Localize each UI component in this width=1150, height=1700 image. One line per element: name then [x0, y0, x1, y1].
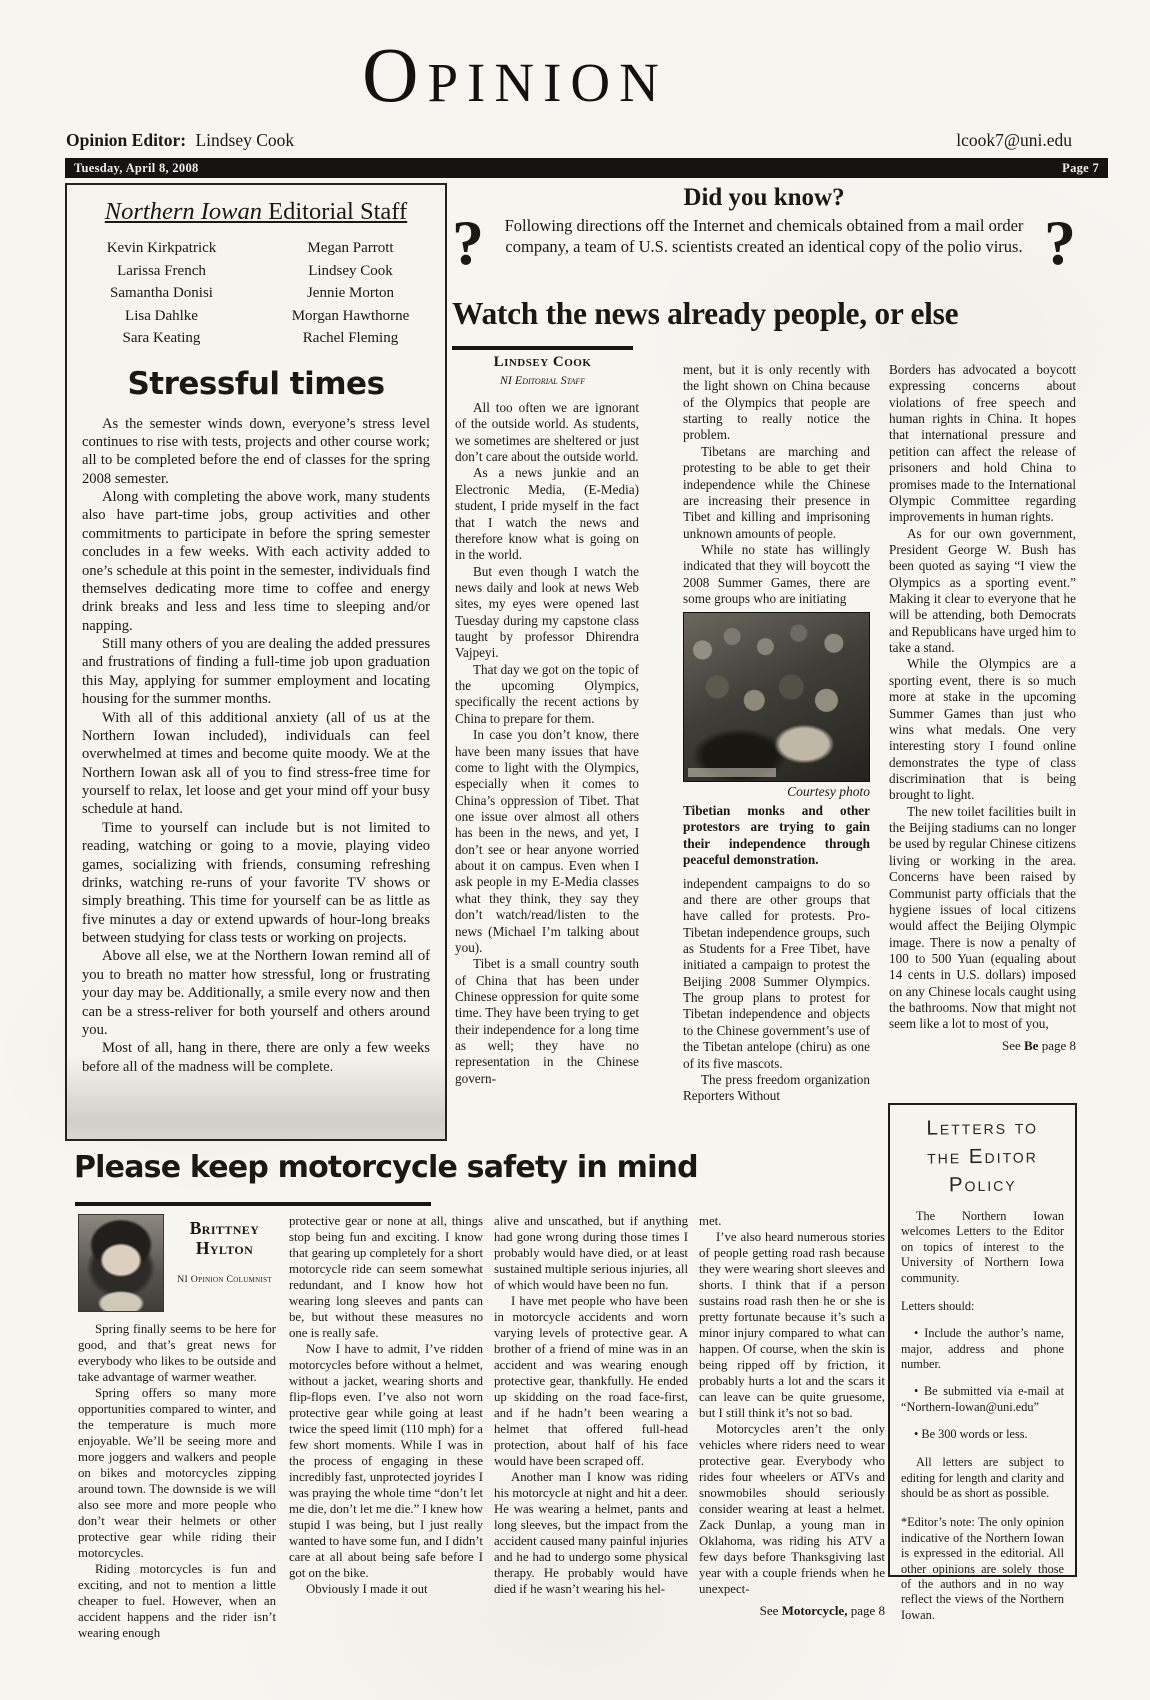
page-number: Page 7 — [1062, 161, 1099, 176]
staff-name: Kevin Kirkpatrick — [67, 237, 256, 260]
author-role: NI Opinion Columnist — [173, 1274, 276, 1285]
paragraph: Still many others of you are dealing the… — [82, 635, 430, 709]
paragraph: The Northern Iowan welcomes Letters to t… — [901, 1209, 1064, 1286]
opinion-editor-line: Opinion Editor: Lindsey Cook — [66, 130, 294, 151]
motorcycle-column-3: alive and unscathed, but if anything had… — [494, 1214, 688, 1598]
paragraph: Motorcycles aren’t the only vehicles whe… — [699, 1422, 885, 1598]
paragraph: I’ve also heard numerous stories of peop… — [699, 1230, 885, 1422]
author-first-name: Brittney — [173, 1219, 276, 1239]
editorial-staff-title: Northern Iowan Editorial Staff — [67, 198, 445, 226]
paragraph: With all of this additional anxiety (all… — [82, 709, 430, 819]
letters-title-line: Policy — [901, 1171, 1064, 1201]
paragraph: Obviously I made it out — [289, 1582, 483, 1598]
author-photo — [78, 1214, 164, 1312]
letters-bullet: • Be submitted via e-mail at “Northern-I… — [901, 1384, 1064, 1415]
paragraph: Borders has advocated a boycott expressi… — [889, 362, 1076, 526]
paragraph: All too often we are ignorant of the out… — [455, 400, 639, 465]
did-you-know-box: Did you know? ? Following directions off… — [452, 184, 1076, 274]
opinion-editor-name: Lindsey Cook — [195, 130, 294, 150]
jump-page: page 8 — [847, 1603, 885, 1618]
section-title: Opinion — [0, 36, 1030, 114]
photo-credit: Courtesy photo — [683, 784, 870, 801]
jump-see: See — [760, 1603, 782, 1618]
letters-policy-title: Letters to the Editor Policy — [901, 1113, 1065, 1201]
paragraph: The new toilet facilities built in the B… — [889, 804, 1076, 1033]
staff-name: Larissa French — [67, 260, 256, 283]
paragraph: While the Olympics are a sporting event,… — [889, 656, 1076, 803]
letters-policy-box: Letters to the Editor Policy The Norther… — [888, 1103, 1077, 1577]
newspaper-opinion-page: Opinion Opinion Editor: Lindsey Cook lco… — [0, 0, 1150, 1700]
did-you-know-text: Following directions off the Internet an… — [496, 213, 1032, 258]
jump-page: page 8 — [1038, 1038, 1076, 1053]
staff-name: Lindsey Cook — [256, 260, 445, 283]
paragraph: As for our own government, President Geo… — [889, 526, 1076, 657]
staff-name: Lisa Dahlke — [67, 305, 256, 328]
jump-target: Be — [1024, 1038, 1038, 1053]
paragraph: Above all else, we at the Northern Iowan… — [82, 947, 430, 1039]
author-last-name: Hylton — [173, 1239, 276, 1259]
continuation-jump-line: See Motorcycle, page 8 — [699, 1603, 885, 1619]
paragraph: Along with completing the above work, ma… — [82, 488, 430, 635]
paragraph: That day we got on the topic of the upco… — [455, 662, 639, 727]
paragraph: But even though I watch the news daily a… — [455, 564, 639, 662]
date-bar: Tuesday, April 8, 2008 Page 7 — [65, 158, 1108, 178]
author-name: Brittney Hylton — [173, 1219, 276, 1258]
paragraph: protective gear or none at all, things s… — [289, 1214, 483, 1342]
letters-policy-body: The Northern Iowan welcomes Letters to t… — [901, 1209, 1064, 1623]
news-byline-name: Lindsey Cook — [452, 354, 633, 371]
paragraph: Tibet is a small country south of China … — [455, 956, 639, 1087]
continuation-jump-line: See Be page 8 — [889, 1038, 1076, 1054]
motorcycle-column-2: protective gear or none at all, things s… — [289, 1214, 483, 1598]
editors-note: *Editor’s note: The only opinion indicat… — [901, 1515, 1064, 1623]
opinion-editor-label: Opinion Editor: — [66, 130, 186, 150]
masthead-editor-row: Opinion Editor: Lindsey Cook lcook7@uni.… — [66, 130, 1072, 151]
paragraph: As a news junkie and an Electronic Media… — [455, 465, 639, 563]
letters-title-line: Letters to — [901, 1113, 1064, 1143]
paragraph: Time to yourself can include but is not … — [82, 819, 430, 948]
jump-see: See — [1002, 1038, 1024, 1053]
motorcycle-headline-rule — [75, 1202, 431, 1206]
paragraph: ment, but it is only recently with the l… — [683, 362, 870, 444]
paragraph: In case you don’t know, there have been … — [455, 727, 639, 956]
staff-name: Sara Keating — [67, 327, 256, 350]
paragraph: As the semester winds down, everyone’s s… — [82, 415, 430, 489]
motorcycle-column-4: met. I’ve also heard numerous stories of… — [699, 1214, 885, 1619]
motorcycle-article-headline: Please keep motorcycle safety in mind — [74, 1150, 698, 1185]
staff-name: Morgan Hawthorne — [256, 305, 445, 328]
letters-bullet: • Be 300 words or less. — [901, 1427, 1064, 1442]
question-mark-icon: ? — [452, 213, 496, 274]
paragraph: Another man I know was riding his motorc… — [494, 1470, 688, 1598]
staff-names-right: Megan Parrott Lindsey Cook Jennie Morton… — [256, 237, 445, 350]
staff-name: Samantha Donisi — [67, 282, 256, 305]
editor-email: lcook7@uni.edu — [956, 130, 1072, 151]
paragraph: I have met people who have been in motor… — [494, 1294, 688, 1470]
news-column-1: All too often we are ignorant of the out… — [455, 400, 639, 1087]
did-you-know-title: Did you know? — [452, 184, 1076, 212]
jump-target: Motorcycle, — [782, 1603, 848, 1618]
news-column-3: Borders has advocated a boycott expressi… — [889, 362, 1076, 1054]
paragraph: alive and unscathed, but if anything had… — [494, 1214, 688, 1294]
stressful-times-headline: Stressful times — [67, 366, 445, 402]
staff-name: Jennie Morton — [256, 282, 445, 305]
news-byline-role: NI Editorial Staff — [452, 373, 633, 388]
letters-title-line: the Editor — [901, 1142, 1064, 1172]
paragraph: Most of all, hang in there, there are on… — [82, 1039, 430, 1076]
author-box: Brittney Hylton NI Opinion Columnist — [78, 1214, 276, 1312]
paper-name: Northern Iowan — [105, 198, 262, 225]
paragraph: Spring offers so many more opportunities… — [78, 1386, 276, 1562]
question-mark-icon: ? — [1032, 213, 1076, 274]
byline-divider — [452, 346, 633, 350]
did-you-know-row: ? Following directions off the Internet … — [452, 213, 1076, 274]
staff-names-left: Kevin Kirkpatrick Larissa French Samanth… — [67, 237, 256, 350]
news-article-headline: Watch the news already people, or else — [452, 298, 1078, 330]
paragraph: All letters are subject to editing for l… — [901, 1455, 1064, 1501]
editorial-staff-names: Kevin Kirkpatrick Larissa French Samanth… — [67, 237, 445, 350]
paragraph: Tibetans are marching and protesting to … — [683, 444, 870, 542]
photo-caption: Tibetian monks and other protestors are … — [683, 803, 870, 868]
paragraph: met. — [699, 1214, 885, 1230]
paragraph: Spring finally seems to be here for good… — [78, 1322, 276, 1386]
author-meta: Brittney Hylton NI Opinion Columnist — [173, 1214, 276, 1312]
paragraph: independent campaigns to do so and there… — [683, 876, 870, 1072]
editorial-staff-box: Northern Iowan Editorial Staff Kevin Kir… — [65, 183, 447, 1141]
staff-name: Megan Parrott — [256, 237, 445, 260]
staff-name: Rachel Fleming — [256, 327, 445, 350]
stressful-times-body: As the semester winds down, everyone’s s… — [67, 415, 445, 1077]
news-column-2: ment, but it is only recently with the l… — [683, 362, 870, 1105]
paragraph: Riding motorcycles is fun and exciting, … — [78, 1562, 276, 1642]
issue-date: Tuesday, April 8, 2008 — [74, 161, 199, 176]
tibet-protest-photo — [683, 612, 870, 782]
paragraph: The press freedom organization Reporters… — [683, 1072, 870, 1105]
paragraph: Now I have to admit, I’ve ridden motorcy… — [289, 1342, 483, 1582]
letters-bullet: • Include the author’s name, major, addr… — [901, 1326, 1064, 1372]
motorcycle-column-1: Spring finally seems to be here for good… — [78, 1322, 276, 1642]
letters-should-label: Letters should: — [901, 1299, 1064, 1314]
staff-title-rest: Editorial Staff — [262, 198, 407, 225]
paragraph: While no state has willingly indicated t… — [683, 542, 870, 607]
photo-watermark — [688, 768, 776, 777]
